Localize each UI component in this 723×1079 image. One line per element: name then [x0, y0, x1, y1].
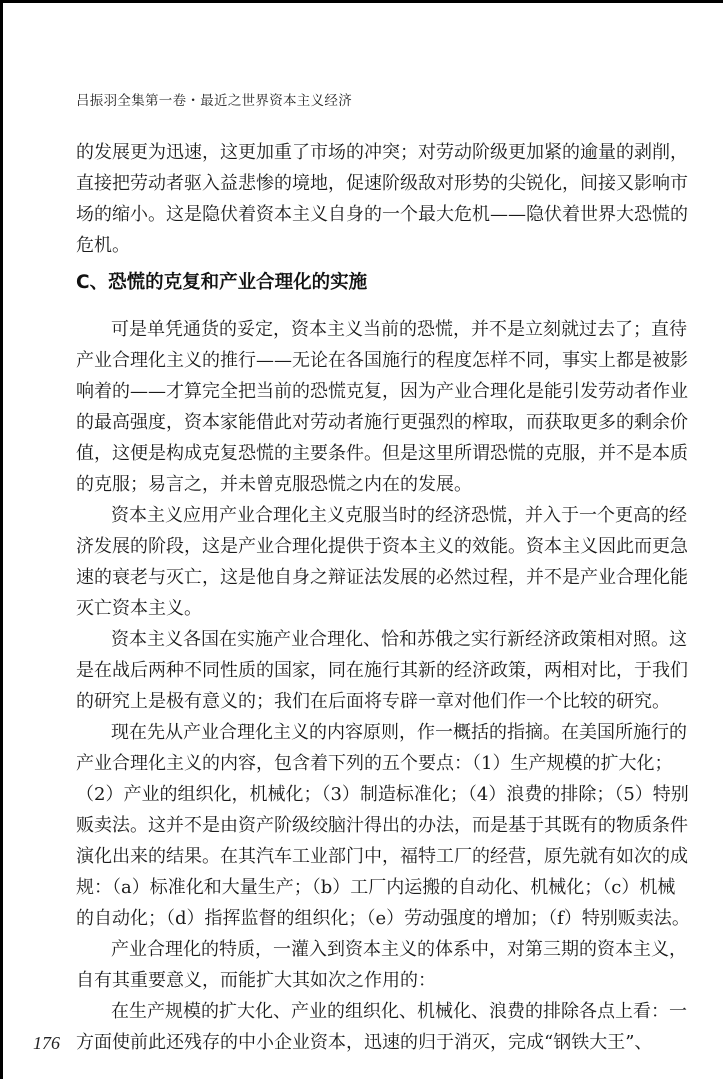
text-line: 规：（a）标准化和大量生产；（b）工厂内运搬的自动化、机械化；（c）机械 [76, 872, 642, 903]
text-line: 直接把劳动者驱入益悲惨的境地，促速阶级敌对形势的尖锐化，间接又影响市 [76, 168, 642, 199]
text-line: 的研究上是极有意义的；我们在后面将专辟一章对他们作一个比较的研究。 [76, 686, 642, 717]
text-line: 产业合理化主义的内容，包含着下列的五个要点：（1）生产规模的扩大化； [76, 748, 642, 779]
text-line: 的发展更为迅速，这更加重了市场的冲突；对劳动阶级更加紧的逾量的剥削， [76, 137, 642, 168]
text-line: 的最高强度，资本家能借此对劳动者施行更强烈的榨取，而获取更多的剩余价 [76, 407, 642, 438]
text-line: 的自动化；（d）指挥监督的组织化；（e）劳动强度的增加；（f）特别贩卖法。 [76, 903, 642, 934]
text-line: 自有其重要意义，而能扩大其如次之作用的： [76, 965, 642, 996]
text-line: 贩卖法。这并不是由资产阶级绞脑汁得出的办法，而是基于其既有的物质条件 [76, 810, 642, 841]
text-line: （2）产业的组织化，机械化；（3）制造标准化；（4）浪费的排除；（5）特别 [76, 779, 642, 810]
text-line: 灭亡资本主义。 [76, 593, 642, 624]
text-line: 危机。 [76, 230, 642, 261]
running-head: 吕振羽全集第一卷・最近之世界资本主义经济 [76, 89, 352, 109]
text-line: 产业合理化的特质，一灌入到资本主义的体系中，对第三期的资本主义， [111, 934, 642, 965]
text-line: 的克服；易言之，并未曾克服恐慌之内在的发展。 [76, 469, 642, 500]
text-line: 场的缩小。这是隐伏着资本主义自身的一个最大危机——隐伏着世界大恐慌的 [76, 199, 642, 230]
section-heading: C、恐慌的克复和产业合理化的实施 [76, 269, 367, 297]
text-line: 响着的——才算完全把当前的恐慌克复，因为产业合理化是能引发劳动者作业 [76, 376, 642, 407]
text-line: 资本主义各国在实施产业合理化、恰和苏俄之实行新经济政策相对照。这 [111, 624, 642, 655]
text-line: 产业合理化主义的推行——无论在各国施行的程度怎样不同，事实上都是被影 [76, 345, 642, 376]
text-line: 方面使前此还残存的中小企业资本，迅速的归于消灭，完成“钢铁大王”、 [76, 1027, 642, 1058]
page-number: 176 [33, 1033, 60, 1054]
text-line: 在生产规模的扩大化、产业的组织化、机械化、浪费的排除各点上看：一 [111, 996, 642, 1027]
text-line: 济发展的阶段，这是产业合理化提供于资本主义的效能。资本主义因此而更急 [76, 531, 642, 562]
text-line: 可是单凭通货的妥定，资本主义当前的恐慌，并不是立刻就过去了；直待 [111, 314, 642, 345]
book-page: 吕振羽全集第一卷・最近之世界资本主义经济 C、恐慌的克复和产业合理化的实施 的发… [0, 0, 723, 1079]
text-line: 值，这便是构成克复恐慌的主要条件。但是这里所谓恐慌的克服，并不是本质 [76, 438, 642, 469]
text-line: 是在战后两种不同性质的国家，同在施行其新的经济政策，两相对比，于我们 [76, 655, 642, 686]
text-line: 演化出来的结果。在其汽车工业部门中，福特工厂的经营，原先就有如次的成 [76, 841, 642, 872]
text-line: 资本主义应用产业合理化主义克服当时的经济恐慌，并入于一个更高的经 [111, 500, 642, 531]
text-line: 现在先从产业合理化主义的内容原则，作一概括的指摘。在美国所施行的 [111, 717, 642, 748]
text-line: 速的衰老与灭亡，这是他自身之辩证法发展的必然过程，并不是产业合理化能 [76, 562, 642, 593]
